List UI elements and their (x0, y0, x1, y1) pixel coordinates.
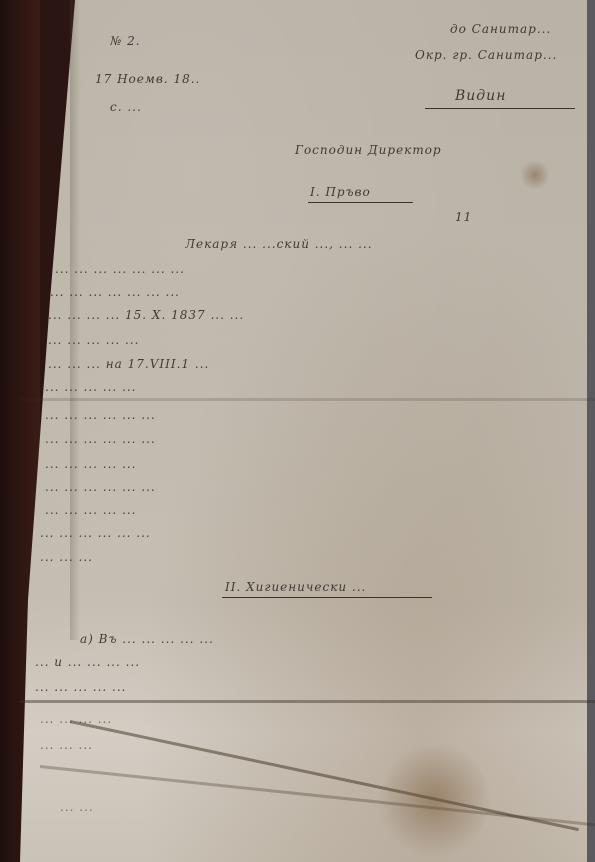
body-line: ... ... ... ... ... ... (40, 526, 585, 542)
margin-mark: 11 (455, 210, 485, 226)
doc-place: с. ... (110, 100, 180, 116)
section-2-line: ... и ... ... ... ... (35, 655, 585, 671)
body-line: ... ... ... ... ... (45, 457, 585, 473)
recipient-city: Видин (455, 88, 555, 104)
section-2-line: ... ... ... (40, 738, 420, 754)
body-line: ... ... ... ... ... ... ... (50, 285, 585, 301)
body-line: ... ... ... (40, 550, 210, 566)
body-line: ... ... ... ... ... ... ... (55, 262, 585, 278)
body-line: ... ... ... ... 15. X. 1837 ... ... (48, 308, 583, 324)
doc-number: № 2. (110, 34, 190, 50)
section-2-line: ... ... ... ... (40, 712, 460, 728)
paper-fold-horizontal (20, 700, 595, 703)
body-line: ... ... ... ... ... ... (45, 432, 585, 448)
body-line: Лекаря ... ...ский ..., ... ... (185, 237, 585, 253)
underline-section-1 (308, 202, 413, 203)
body-line: ... ... ... на 17.VIII.1 ... (48, 357, 588, 373)
salutation: Господин Директор (295, 143, 465, 159)
section-2-heading: II. Хигиенически ... (225, 580, 435, 596)
section-2-line: ... ... ... ... ... (35, 680, 585, 696)
body-line: ... ... ... ... ... (45, 380, 585, 396)
ink-blot (520, 160, 550, 190)
section-1-heading: I. Пръво (310, 185, 410, 201)
paper-fold-horizontal (20, 398, 595, 401)
body-line: ... ... ... ... ... (48, 333, 583, 349)
document-paper (20, 0, 595, 862)
underline-section-2 (222, 597, 432, 598)
water-stain (380, 740, 490, 860)
section-2-line: а) Въ ... ... ... ... ... (80, 632, 585, 648)
recipient-line-2: Окр. гр. Санитар... (415, 48, 585, 64)
section-2-line: ... ... (60, 800, 260, 816)
recipient-line-1: до Санитар... (450, 22, 570, 38)
body-line: ... ... ... ... ... ... (45, 408, 585, 424)
body-line: ... ... ... ... ... (45, 503, 465, 519)
underline-city (425, 108, 575, 109)
background-right-edge (587, 0, 595, 862)
body-line: ... ... ... ... ... ... (45, 480, 585, 496)
doc-date: 17 Ноемв. 18.. (95, 72, 205, 88)
